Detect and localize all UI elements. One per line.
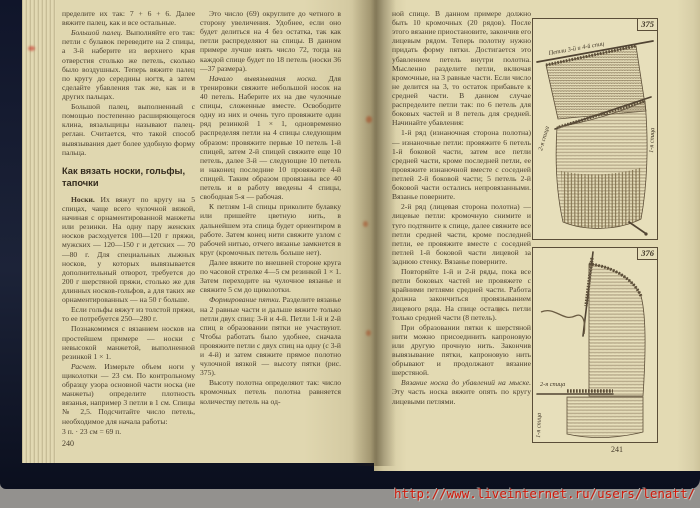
- foxing-stain: [366, 330, 371, 336]
- paragraph: Повторяйте 1-й и 2-й ряды, пока все петл…: [392, 267, 531, 322]
- paragraph: 2-й ряд (лицевая сторона полотна) — лице…: [392, 202, 531, 266]
- paragraph: Расчет. Измерьте объем ноги у щиколотки …: [62, 362, 195, 426]
- paragraph: ной спице. В данном примере должно быть …: [392, 9, 531, 127]
- needle-knob: [644, 232, 647, 235]
- paragraph: Если гольфы вяжут из толстой пряжи, то е…: [62, 305, 195, 323]
- paragraph: Большой палец, выполненный с помощью пос…: [62, 102, 195, 157]
- paragraph: Это число (69) округлите до четного в ст…: [200, 9, 341, 73]
- page-number-right: 241: [611, 445, 623, 454]
- needle-tip: [629, 222, 645, 233]
- figure-375-heel-flap: 375: [532, 18, 658, 240]
- calculation-formula: 3 п. · 23 см = 69 п.: [62, 427, 195, 436]
- heel-fabric: [589, 264, 645, 396]
- figure-label-needle-1: 1-я спица: [648, 128, 656, 154]
- figure-376-heel-turn: 376 2-: [532, 247, 658, 443]
- red-margin-mark: [28, 46, 35, 51]
- paragraph: Далее вяжите по внешней стороне круга по…: [200, 258, 341, 294]
- paragraph: Носки. Их вяжут по кругу на 5 спицах, ча…: [62, 195, 195, 304]
- figure-number: 375: [637, 18, 658, 31]
- paragraph: Высоту полотна определяют так: число кро…: [200, 378, 341, 405]
- paragraph: Начало вывязывания носка. Для тренировки…: [200, 74, 341, 202]
- paragraph: При образовании пятки к шерстяной нити м…: [392, 323, 531, 378]
- paragraph: Формирование пятки. Разделите вязанье на…: [200, 295, 341, 377]
- paragraph: 1-й ряд (изнаночная сторона полотна) — и…: [392, 128, 531, 201]
- foxing-stain: [363, 221, 368, 227]
- figure-label-needle-1: 1-я спица: [535, 413, 543, 438]
- lower-fabric: [567, 397, 643, 438]
- section-heading: Как вязать носки, гольфы, тапочки: [62, 165, 195, 189]
- foxing-stain: [497, 308, 501, 312]
- page-edge-stack: [22, 0, 58, 463]
- book-scan-photo: пределите их так: 7 + 6 + 6. Далее вяжит…: [0, 0, 700, 508]
- foxing-stain: [366, 116, 372, 123]
- paragraph: Вязание носка до убавлений на мыске. Эту…: [392, 378, 531, 405]
- figure-number: 376: [637, 247, 658, 260]
- figure-label-needle-2: 2-я спица: [537, 125, 551, 151]
- left-page-column-2: Это число (69) округлите до четного в ст…: [200, 9, 341, 407]
- watermark-url: http://www.liveinternet.ru/users/lenatt/: [394, 486, 695, 501]
- left-page-column-1: пределите их так: 7 + 6 + 6. Далее вяжит…: [62, 9, 195, 437]
- knitting-diagram-375: Петли 3-й и 4-й спиц 2-я спица 1-я спица: [533, 19, 657, 239]
- right-page-column-1: ной спице. В данном примере должно быть …: [392, 9, 531, 407]
- page-number-left: 240: [62, 439, 74, 448]
- working-yarn: [541, 311, 585, 334]
- paragraph: Большой палец. Выполняйте его так: петли…: [62, 28, 195, 101]
- ribbed-cuff: [561, 167, 642, 228]
- paragraph: К петлям 1-й спицы приколите булавку или…: [200, 202, 341, 257]
- knitting-diagram-376: 2-я спица 1-я спица: [533, 248, 657, 442]
- paragraph: Познакомимся с вязанием носков на просте…: [62, 324, 195, 360]
- figure-panel: 375: [532, 18, 658, 443]
- paragraph: пределите их так: 7 + 6 + 6. Далее вяжит…: [62, 9, 195, 27]
- figure-label-needle-2: 2-я спица: [540, 381, 565, 388]
